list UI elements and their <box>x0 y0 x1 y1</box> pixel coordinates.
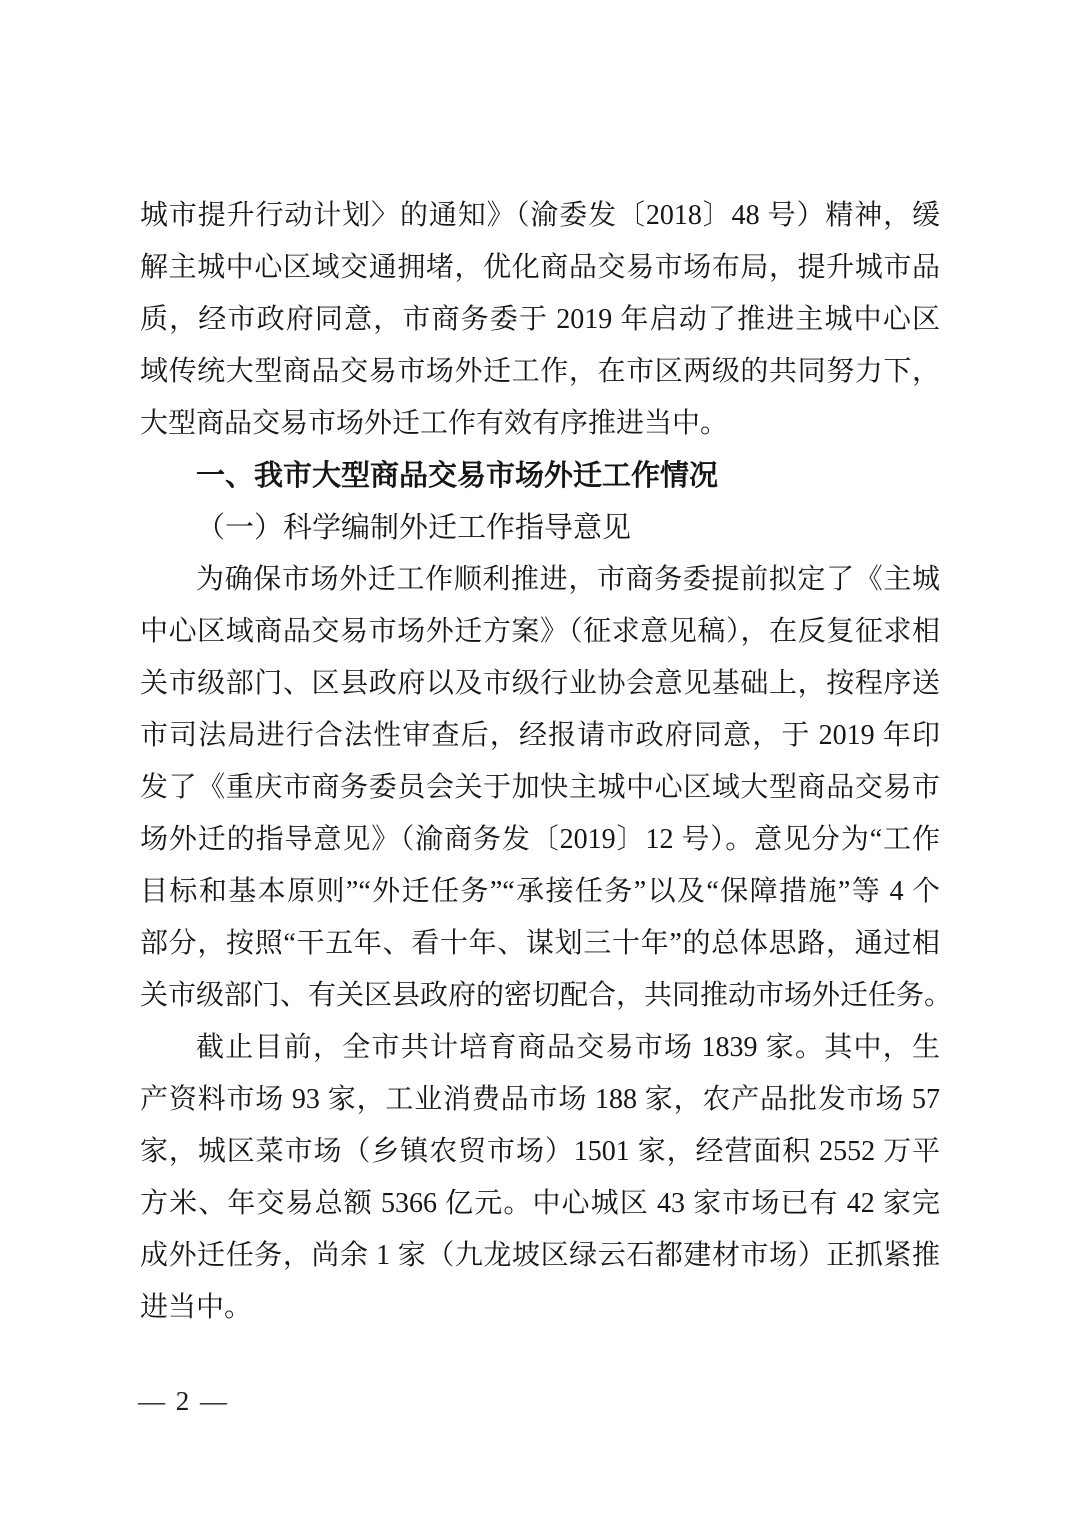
body-text-line: 关市级部门、区县政府以及市级行业协会意见基础上，按程序送 <box>140 658 940 710</box>
body-text-line: 城市提升行动计划〉的通知》（渝委发〔2018〕48 号）精神，缓 <box>140 190 940 242</box>
body-text-line: 进当中。 <box>140 1282 940 1334</box>
body-text-line: 部分，按照“干五年、看十年、谋划三十年”的总体思路，通过相 <box>140 918 940 970</box>
subsection-heading: （一）科学编制外迁工作指导意见 <box>140 502 940 554</box>
body-text-line: 截止目前，全市共计培育商品交易市场 1839 家。其中，生 <box>140 1022 940 1074</box>
body-text-line: 市司法局进行合法性审查后，经报请市政府同意，于 2019 年印 <box>140 710 940 762</box>
body-text-line: 产资料市场 93 家，工业消费品市场 188 家，农产品批发市场 57 <box>140 1074 940 1126</box>
body-text-line: 中心区域商品交易市场外迁方案》（征求意见稿），在反复征求相 <box>140 606 940 658</box>
page-number: — 2 — <box>138 1384 229 1418</box>
body-text-line: 成外迁任务，尚余 1 家（九龙坡区绿云石都建材市场）正抓紧推 <box>140 1230 940 1282</box>
body-text-line: 质，经市政府同意，市商务委于 2019 年启动了推进主城中心区 <box>140 294 940 346</box>
body-text-line: 发了《重庆市商务委员会关于加快主城中心区域大型商品交易市 <box>140 762 940 814</box>
body-text-line: 大型商品交易市场外迁工作有效有序推进当中。 <box>140 398 940 450</box>
document-body: 城市提升行动计划〉的通知》（渝委发〔2018〕48 号）精神，缓解主城中心区域交… <box>140 190 940 1334</box>
body-text-line: 为确保市场外迁工作顺利推进，市商务委提前拟定了《主城 <box>140 554 940 606</box>
section-heading: 一、我市大型商品交易市场外迁工作情况 <box>140 450 940 502</box>
body-text-line: 域传统大型商品交易市场外迁工作，在市区两级的共同努力下， <box>140 346 940 398</box>
body-text-line: 目标和基本原则”“外迁任务”“承接任务”以及“保障措施”等 4 个 <box>140 866 940 918</box>
document-page: 城市提升行动计划〉的通知》（渝委发〔2018〕48 号）精神，缓解主城中心区域交… <box>0 0 1074 1520</box>
body-text-line: 关市级部门、有关区县政府的密切配合，共同推动市场外迁任务。 <box>140 970 940 1022</box>
body-text-line: 场外迁的指导意见》（渝商务发〔2019〕12 号）。意见分为“工作 <box>140 814 940 866</box>
body-text-line: 家，城区菜市场（乡镇农贸市场）1501 家，经营面积 2552 万平 <box>140 1126 940 1178</box>
body-text-line: 解主城中心区域交通拥堵，优化商品交易市场布局，提升城市品 <box>140 242 940 294</box>
body-text-line: 方米、年交易总额 5366 亿元。中心城区 43 家市场已有 42 家完 <box>140 1178 940 1230</box>
